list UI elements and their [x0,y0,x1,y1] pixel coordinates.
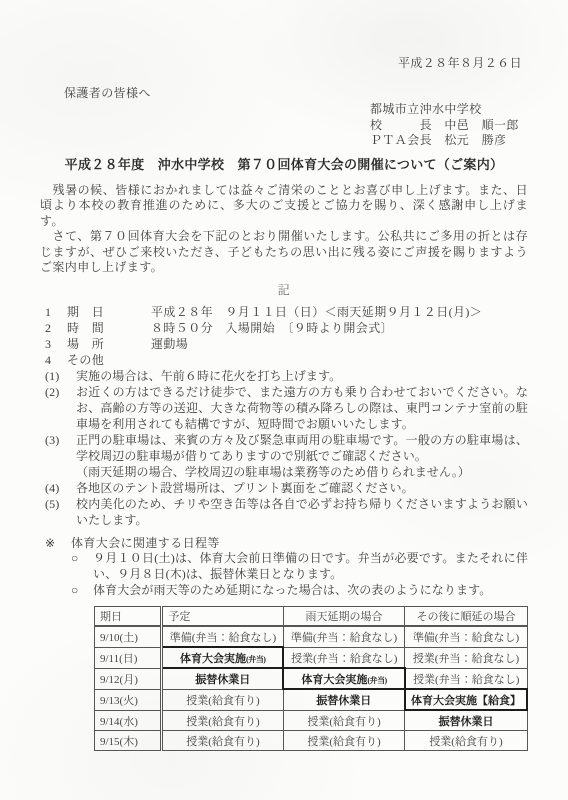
invitation-paragraph: さて、第７０回体育大会を下記のとおり開催いたします。公私共にご多用の折とは存じま… [40,229,528,276]
sub-item-transport: (2) お近くの方はできるだけ徒歩で、また遠方の方も乗り合わせておいでください。… [40,384,528,432]
sub-item-marker: (3) [45,432,76,464]
item-number: 4 [45,352,67,368]
sender-school: 都城市立沖水中学校 [370,102,528,118]
sub-item-text: お近くの方はできるだけ徒歩で、また遠方の方も乗り合わせておいでください。なお、高… [76,384,528,432]
table-row: 9/11(日) 体育大会実施(弁当) 授業(弁当：給食なし) 授業(弁当：給食な… [95,647,528,668]
note-bullet-postponement: ○ 体育大会が雨天等のため延期になった場合は、次の表のようになります。 [40,583,528,599]
table-row: 9/12(月) 振替休業日 体育大会実施(弁当) 授業(弁当：給食なし) [95,668,528,689]
date-cell: 9/10(土) [95,626,162,647]
sub-item-marker: (1) [45,368,76,384]
sub-item-marker: (5) [45,496,76,528]
bento-suffix: (弁当) [246,655,265,664]
schedule-cell: 振替休業日 [283,689,405,710]
sender-pta-chair: ＰＴＡ会長 松元 勝彦 [370,133,528,149]
item-value: 運動場 [151,336,528,352]
header-planned: 予定 [162,607,283,627]
schedule-cell: 振替休業日 [405,710,527,731]
sub-item-litter: (5) 校内美化のため、チリや空き缶等は各自で必ずお持ち帰りくださいますようお願… [40,496,528,528]
other-sub-items: (1) 実施の場合は、午前６時に花火を打ち上げます。 (2) お近くの方はできる… [40,368,528,528]
schedule-cell-sports-day: 体育大会実施(弁当) [283,668,405,689]
numbered-items: 1 期 日 平成２８年 ９月１１日（日）＜雨天延期９月１２日(月)＞ 2 時 間… [40,304,528,368]
item-label: 場 所 [67,336,151,352]
sub-item-marker: (4) [45,480,76,496]
date-cell: 9/13(火) [95,689,162,710]
sub-item-fireworks: (1) 実施の場合は、午前６時に花火を打ち上げます。 [40,368,528,384]
header-date: 期日 [95,607,162,627]
schedule-cell-sports-day: 体育大会実施【給食】 [405,689,527,710]
sub-item-marker: (2) [45,384,76,432]
date-cell: 9/12(月) [95,668,162,689]
schedule-cell: 授業(給食有り) [162,710,283,731]
table-row: 9/14(水) 授業(給食有り) 授業(給食有り) 振替休業日 [95,710,528,731]
sub-item-text: 各地区のテント設営場所は、プリント裏面をご確認ください。 [76,480,528,496]
item-label: 時 間 [67,320,151,336]
sender-principal: 校 長 中邑 順一郎 [370,118,528,134]
notes-heading-text: 体育大会に関連する日程等 [71,535,220,551]
date-cell: 9/14(水) [95,710,162,731]
document-title: 平成２８年度 沖水中学校 第７０回体育大会の開催について（ご案内） [40,156,528,173]
letter-content: 平成２８年８月２６日 保護者の皆様へ 都城市立沖水中学校 校 長 中邑 順一郎 … [0,0,568,800]
schedule-cell-sports-day: 体育大会実施(弁当) [162,647,283,668]
reference-mark: ※ [45,535,71,551]
table-row: 9/13(火) 授業(給食有り) 振替休業日 体育大会実施【給食】 [95,689,528,710]
table-header-row: 期日 予定 雨天延期の場合 その後に順延の場合 [95,607,528,627]
header-rain-postponed: 雨天延期の場合 [283,607,405,627]
item-label: その他 [67,352,151,368]
scanned-letter-page: 平成２８年８月２６日 保護者の皆様へ 都城市立沖水中学校 校 長 中邑 順一郎 … [0,0,568,800]
schedule-cell: 授業(弁当：給食なし) [283,647,405,668]
record-mark: 記 [40,283,528,298]
item-value: ８時５０分 入場開始 〔９時より開会式〕 [151,320,528,336]
circle-bullet: ○ [71,551,93,583]
parking-rain-note: （雨天延期の場合、学校周辺の駐車場は業務等のため借りられません。） [40,464,528,480]
sub-item-text: 正門の駐車場は、来賓の方々及び緊急車両用の駐車場です。一般の方の駐車場は、学校周… [76,432,528,464]
item-place: 3 場 所 運動場 [40,336,528,352]
schedule-table: 期日 予定 雨天延期の場合 その後に順延の場合 9/10(土) 準備(弁当：給食… [94,606,528,751]
note-bullet-preparation: ○ ９月１０日(土)は、体育大会前日準備の日です。弁当が必要です。またそれに伴い… [40,551,528,583]
header-further-postponed: その後に順延の場合 [405,607,527,627]
bento-suffix: (弁当) [367,676,386,685]
salutation: 保護者の皆様へ [40,86,528,101]
table-row: 9/10(土) 準備(弁当：給食なし) 準備(弁当：給食なし) 準備(弁当：給食… [95,626,528,647]
schedule-table-header: 期日 予定 雨天延期の場合 その後に順延の場合 [95,607,528,627]
schedule-cell: 準備(弁当：給食なし) [162,626,283,647]
schedule-cell: 授業(給食有り) [162,689,283,710]
note-bullet-text: 体育大会が雨天等のため延期になった場合は、次の表のようになります。 [93,583,528,599]
issue-date: 平成２８年８月２６日 [40,56,528,71]
schedule-cell: 授業(弁当：給食なし) [405,668,527,689]
schedule-table-body: 9/10(土) 準備(弁当：給食なし) 準備(弁当：給食なし) 準備(弁当：給食… [95,626,528,751]
body-paragraphs: 残暑の候、皆様におかれましては益々ご清栄のこととお喜び申し上げます。また、日頃よ… [40,183,528,277]
date-cell: 9/11(日) [95,647,162,668]
sender-block: 都城市立沖水中学校 校 長 中邑 順一郎 ＰＴＡ会長 松元 勝彦 [370,102,528,149]
sub-item-parking: (3) 正門の駐車場は、来賓の方々及び緊急車両用の駐車場です。一般の方の駐車場は… [40,432,528,464]
schedule-cell: 授業(弁当：給食なし) [405,647,527,668]
item-number: 3 [45,336,67,352]
sub-item-tents: (4) 各地区のテント設営場所は、プリント裏面をご確認ください。 [40,480,528,496]
greeting-paragraph: 残暑の候、皆様におかれましては益々ご清栄のこととお喜び申し上げます。また、日頃よ… [40,183,528,230]
schedule-cell: 授業(給食有り) [283,710,405,731]
item-label: 期 日 [67,304,151,320]
date-cell: 9/15(木) [95,731,162,751]
notes-heading: ※ 体育大会に関連する日程等 [40,535,528,551]
item-date: 1 期 日 平成２８年 ９月１１日（日）＜雨天延期９月１２日(月)＞ [40,304,528,320]
note-bullet-text: ９月１０日(土)は、体育大会前日準備の日です。弁当が必要です。またそれに伴い、９… [93,551,528,583]
item-number: 2 [45,320,67,336]
table-row: 9/15(木) 授業(給食有り) 授業(給食有り) 授業(給食有り) [95,731,528,751]
schedule-cell: 授業(給食有り) [162,731,283,751]
item-other: 4 その他 [40,352,528,368]
circle-bullet: ○ [71,583,93,599]
schedule-cell: 授業(給食有り) [405,731,527,751]
schedule-notes-section: ※ 体育大会に関連する日程等 ○ ９月１０日(土)は、体育大会前日準備の日です。… [40,535,528,598]
item-time: 2 時 間 ８時５０分 入場開始 〔９時より開会式〕 [40,320,528,336]
item-value [151,352,528,368]
item-value: 平成２８年 ９月１１日（日）＜雨天延期９月１２日(月)＞ [151,304,528,320]
sub-item-text: 実施の場合は、午前６時に花火を打ち上げます。 [76,368,528,384]
item-number: 1 [45,304,67,320]
schedule-cell: 準備(弁当：給食なし) [283,626,405,647]
schedule-cell: 授業(給食有り) [283,731,405,751]
sub-item-text: 校内美化のため、チリや空き缶等は各自で必ずお持ち帰りくださいますようお願いいたし… [76,496,528,528]
schedule-cell: 振替休業日 [162,668,283,689]
schedule-cell: 準備(弁当：給食なし) [405,626,527,647]
